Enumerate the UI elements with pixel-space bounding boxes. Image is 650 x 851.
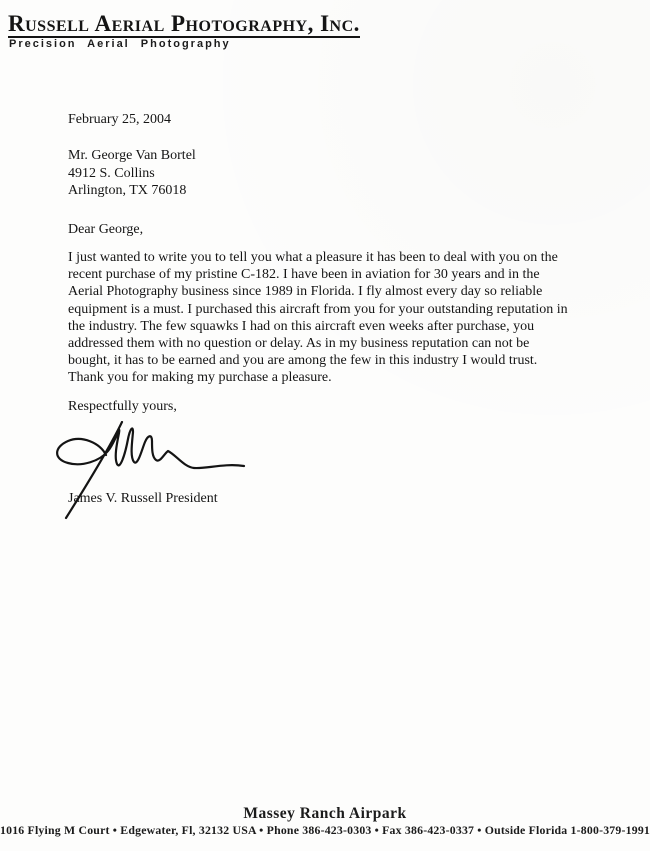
recipient-street: 4912 S. Collins [68, 165, 196, 183]
letter-body: I just wanted to write you to tell you w… [68, 249, 568, 387]
body-line: Aerial Photography business since 1989 i… [68, 283, 568, 300]
company-name: Russell Aerial Photography, Inc. [8, 12, 360, 38]
body-line: Thank you for making my purchase a pleas… [68, 369, 568, 386]
footer-location-name: Massey Ranch Airpark [0, 805, 650, 823]
body-line: the industry. The few squawks I had on t… [68, 318, 568, 335]
salutation: Dear George, [68, 221, 143, 238]
recipient-city-state-zip: Arlington, TX 76018 [68, 182, 196, 200]
footer-address-line: 1016 Flying M Court • Edgewater, Fl, 321… [0, 823, 650, 838]
body-line: addressed them with no question or delay… [68, 335, 568, 352]
signer-name: James V. Russell President [68, 490, 218, 507]
closing: Respectfully yours, [68, 398, 177, 415]
body-line: bought, it has to be earned and you are … [68, 352, 568, 369]
recipient-address: Mr. George Van Bortel 4912 S. Collins Ar… [68, 147, 196, 200]
recipient-name: Mr. George Van Bortel [68, 147, 196, 165]
body-line: recent purchase of my pristine C-182. I … [68, 266, 568, 283]
letter-page: Russell Aerial Photography, Inc. Precisi… [0, 0, 650, 851]
company-tagline: Precision Aerial Photography [9, 38, 231, 50]
body-line: I just wanted to write you to tell you w… [68, 249, 568, 266]
letter-date: February 25, 2004 [68, 111, 171, 128]
body-line: equipment is a must. I purchased this ai… [68, 301, 568, 318]
